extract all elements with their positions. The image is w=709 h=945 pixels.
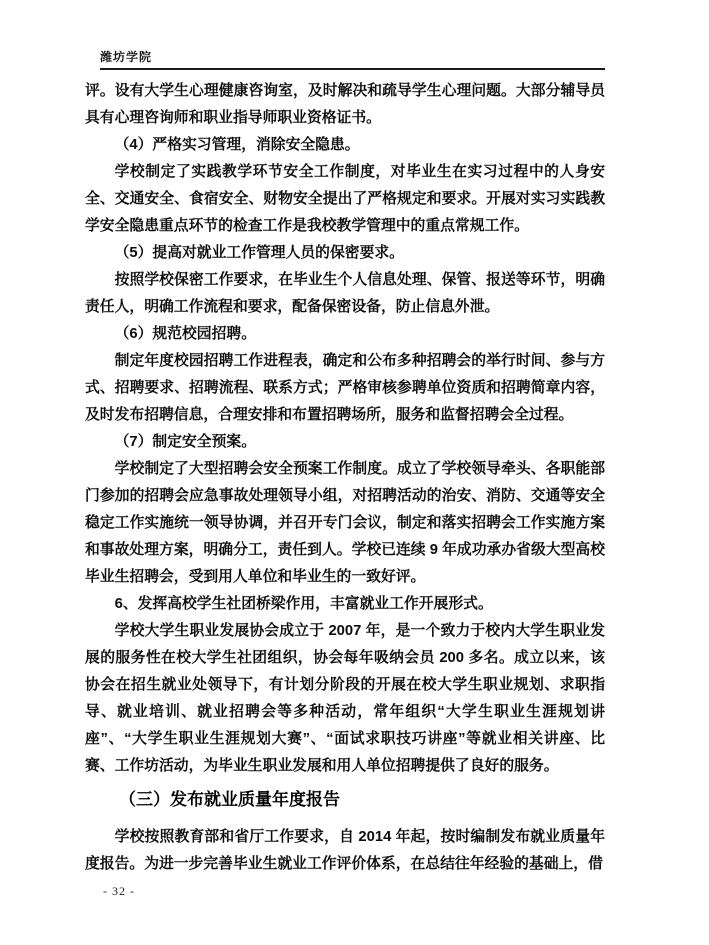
page-number: - 32 - [103, 884, 135, 898]
item-7-heading-line: （7）制定安全预案。 [85, 429, 605, 456]
body-paragraph: 学校制定了大型招聘会安全预案工作制度。成立了学校领导牵头、各职能部门参加的招聘会… [85, 456, 605, 591]
body-paragraph: 学校按照教育部和省厅工作要求，自 2014 年起，按时编制发布就业质量年度报告。… [85, 824, 605, 878]
page-header: 潍坊学院 [100, 48, 605, 70]
item-6-heading-line: （6）规范校园招聘。 [85, 321, 605, 348]
body-paragraph-continuation: 评。设有大学生心理健康咨询室，及时解决和疏导学生心理问题。大部分辅导员具有心理咨… [85, 78, 605, 132]
document-page: 潍坊学院 评。设有大学生心理健康咨询室，及时解决和疏导学生心理问题。大部分辅导员… [0, 0, 709, 945]
body-paragraph: 学校大学生职业发展协会成立于 2007 年，是一个致力于校内大学生职业发展的服务… [85, 618, 605, 780]
school-name-label: 潍坊学院 [100, 48, 152, 68]
body-paragraph: 按照学校保密工作要求，在毕业生个人信息处理、保管、报送等环节，明确责任人，明确工… [85, 267, 605, 321]
header-rule [100, 68, 605, 70]
numbered-item-6-heading-line: 6、发挥高校学生社团桥梁作用，丰富就业工作开展形式。 [85, 591, 605, 618]
body-paragraph: 学校制定了实践教学环节安全工作制度，对毕业生在实习过程中的人身安全、交通安全、食… [85, 159, 605, 240]
body-paragraph: 制定年度校园招聘工作进程表，确定和公布多种招聘会的举行时间、参与方式、招聘要求、… [85, 348, 605, 429]
page-footer: - 32 - [103, 884, 135, 899]
document-body: 评。设有大学生心理健康咨询室，及时解决和疏导学生心理问题。大部分辅导员具有心理咨… [85, 78, 605, 878]
section-heading: （三）发布就业质量年度报告 [85, 785, 605, 815]
item-5-heading-line: （5）提高对就业工作管理人员的保密要求。 [85, 240, 605, 267]
item-4-heading-line: （4）严格实习管理，消除安全隐患。 [85, 132, 605, 159]
